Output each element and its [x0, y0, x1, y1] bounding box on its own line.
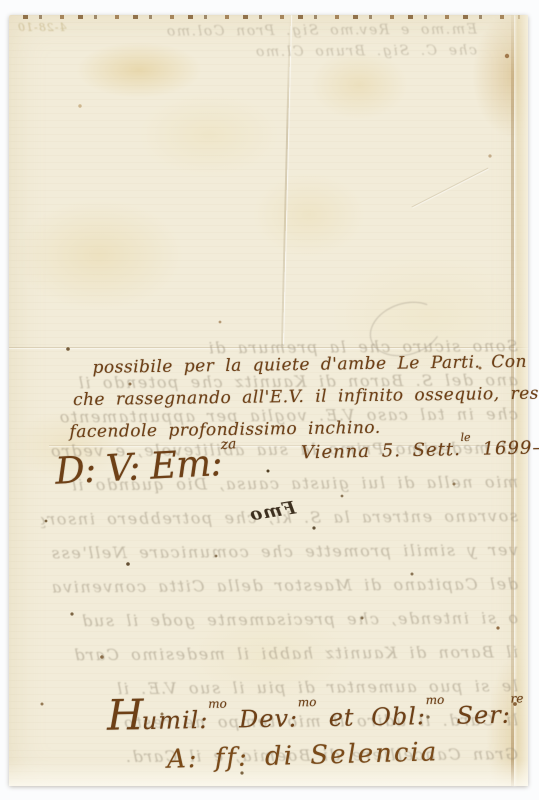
- closing-superscript: mo: [426, 693, 445, 707]
- closing-part: Dev:mo: [239, 704, 317, 733]
- closing-salutation: Humil:moDev:moet Obl:moSer:re: [107, 683, 532, 739]
- showthrough-line: Em.mo e Rev.mo Sig. Pron Col.mo: [57, 22, 477, 41]
- dateline-year: 1699—: [471, 437, 539, 460]
- ink-showthrough-mark: Fmo: [248, 497, 298, 525]
- diagonal-crease: [411, 168, 488, 208]
- showthrough-line: del Capitano di Maestor della Citta conv…: [37, 574, 518, 596]
- scan-background: Em.mo e Rev.mo Sig. Pron Col.moche C. Si…: [0, 0, 539, 800]
- letter-page: Em.mo e Rev.mo Sig. Pron Col.moche C. Si…: [9, 15, 528, 786]
- body-line: che rassegnando all'E.V. il infinito oss…: [73, 378, 527, 416]
- foxing-spots: [9, 15, 11, 17]
- vertical-crease: [281, 15, 291, 345]
- closing-abbreviation: Ser:: [456, 701, 511, 730]
- showthrough-line: ver y simili promette che comunicare Nel…: [30, 540, 518, 562]
- letter-body: possibile per la quiete d'ambe Le Parti.…: [66, 346, 527, 448]
- showthrough-line: o si intende, che precisamente gode il s…: [26, 608, 518, 630]
- closing-abbreviation: Dev:: [239, 704, 299, 733]
- showthrough-line: il Baron di Kaunitz habbi il medesimo Ca…: [33, 642, 518, 664]
- monogram-superscript: za: [220, 436, 237, 453]
- pencil-inventory-mark: 4-28-10: [17, 21, 66, 34]
- closing-part: Ser:re: [456, 700, 524, 729]
- closing-abbreviation: Humil:: [107, 706, 209, 736]
- dateline-superscript: le: [460, 431, 470, 444]
- monogram-vostra-eminenza: D: V: Em:za: [54, 440, 238, 492]
- monogram-text: D: V: Em:: [54, 441, 223, 493]
- closing-part: Humil:mo: [107, 689, 228, 740]
- closing-part: et Obl:mo: [328, 702, 444, 732]
- closing-abbreviation: et Obl:: [328, 702, 426, 732]
- paper-edge-spots: [23, 15, 520, 19]
- closing-superscript: re: [510, 691, 523, 705]
- showthrough-address-lines: Em.mo e Rev.mo Sig. Pron Col.moche C. Si…: [57, 23, 477, 79]
- dateline-place-date: Vienna 5. Sett.: [301, 439, 461, 463]
- closing-superscript: mo: [208, 697, 227, 711]
- dateline: Vienna 5. Sett.le 1699—: [301, 437, 527, 464]
- showthrough-line: che C. Sig. Bruno Cl.mo: [64, 43, 477, 62]
- closing-superscript: mo: [298, 695, 317, 709]
